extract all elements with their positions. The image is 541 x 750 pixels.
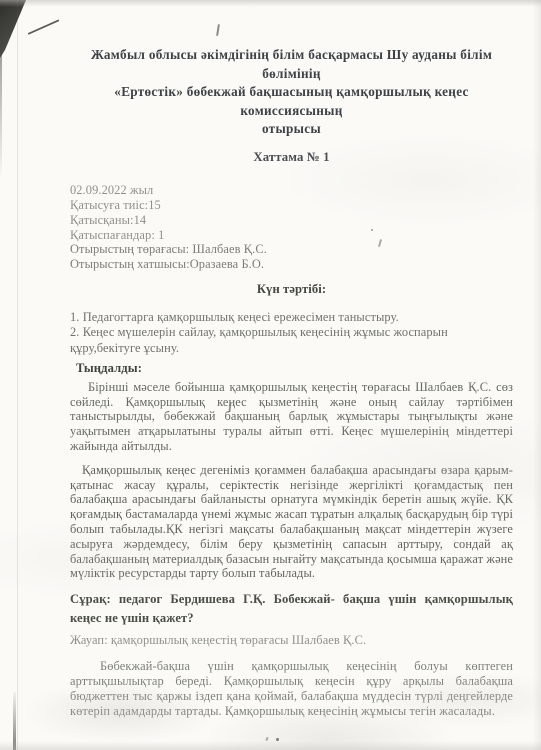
- agenda-item-2-line-2: құру,бекітуге ұсыну.: [70, 341, 513, 356]
- protocol-number: Хаттама № 1: [70, 150, 513, 165]
- meta-date: 02.09.2022 жыл: [70, 183, 513, 198]
- meta-expected-attendees: Қатысуға тиіс:15: [70, 198, 513, 213]
- meta-secretary: Отырыстың хатшысы:Оразаева Б.О.: [70, 257, 513, 272]
- document-body: Жамбыл облысы әкімдігінің білім басқарма…: [70, 0, 513, 719]
- meta-present: Қатысқаны:14: [70, 213, 513, 228]
- agenda-item-2-line-1: 2. Кеңес мүшелерін сайлау, қамқоршылық к…: [70, 325, 513, 340]
- paragraph-answer: Бөбекжай-бақша үшін қамқоршылық кеңесіні…: [70, 659, 513, 719]
- title-line-2: «Ертөстік» бөбекжай бақшасының қамқоршыл…: [70, 83, 513, 120]
- agenda-item-1: 1. Педагогтарга қамқоршылық кеңесі ереже…: [70, 310, 513, 325]
- scan-speck: [276, 738, 279, 741]
- pen-mark-slash: [28, 19, 60, 35]
- title-line-1: Жамбыл облысы әкімдігінің білім басқарма…: [70, 46, 513, 83]
- page-fold-line: [17, 0, 18, 750]
- scanned-document-page: Жамбыл облысы әкімдігінің білім басқарма…: [0, 0, 541, 750]
- question-block: Сұрақ: педагог Бердишева Г.Қ. Бобекжай- …: [70, 590, 513, 627]
- page-edge-shadow-top: [0, 40, 2, 180]
- answer-intro: Жауап: қамқоршылық кеңестің төрағасы Шал…: [70, 633, 513, 648]
- agenda-heading: Күн тәртібі:: [70, 282, 513, 297]
- meta-absent: Қатыспағандар: 1: [70, 228, 513, 243]
- title-line-3: отырысы: [70, 120, 513, 139]
- document-title: Жамбыл облысы әкімдігінің білім басқарма…: [70, 46, 513, 139]
- page-edge-shadow-bottom: [13, 692, 16, 750]
- scanner-corner-shadow: [0, 0, 30, 60]
- meta-chairman: Отырыстың төрағасы: Шалбаев Қ.С.: [70, 242, 513, 257]
- meeting-meta-block: 02.09.2022 жыл Қатысуға тиіс:15 Қатысқан…: [70, 183, 513, 272]
- paragraph-definition: Қамқоршылық кеңес дегеніміз қоғаммен бал…: [70, 463, 513, 581]
- heard-heading: Тыңдалды:: [70, 361, 513, 376]
- agenda-list: 1. Педагогтарга қамқоршылық кеңесі ереже…: [70, 310, 513, 356]
- paragraph-first-issue: Бірінші мәселе бойынша қамқоршылық кеңес…: [70, 380, 513, 454]
- scan-speck: [265, 737, 268, 741]
